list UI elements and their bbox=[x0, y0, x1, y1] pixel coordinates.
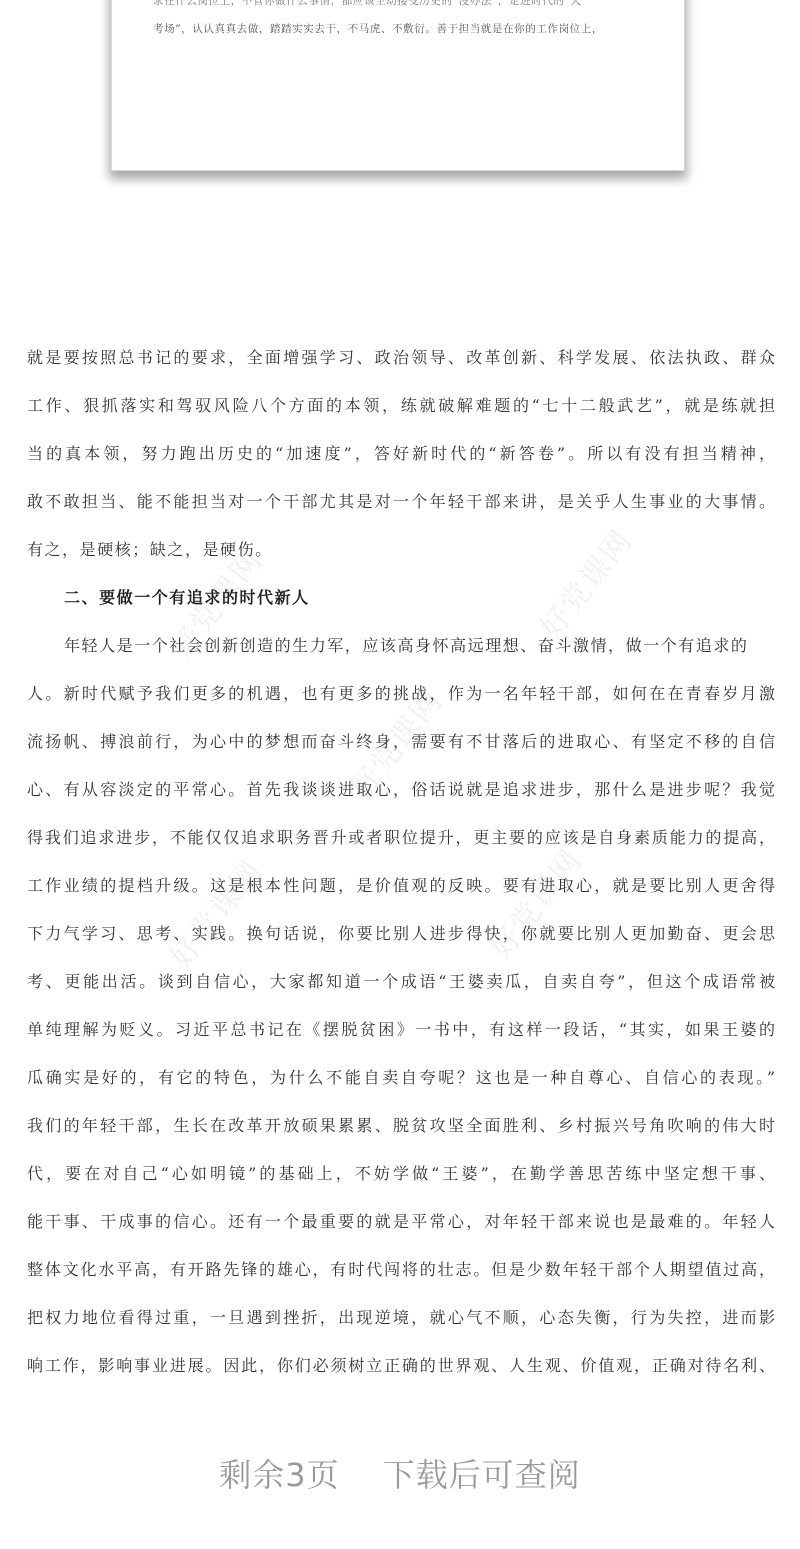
text-line: 流扬帆、搏浪前行，为心中的梦想而奋斗终身，需要有不甘落后的进取心、有坚定不移的自… bbox=[27, 724, 775, 772]
preview-line-partial: 求在什么岗位上，不管你做什么事情，都应该主动接受历史的“没办法”，走进时代的“大 bbox=[153, 0, 653, 8]
text-line: 人。新时代赋予我们更多的机遇，也有更多的挑战，作为一名年轻干部，如何在在青春岁月… bbox=[27, 676, 775, 724]
document-body: 就是要按照总书记的要求，全面增强学习、政治领导、改革创新、科学发展、依法执政、群… bbox=[27, 340, 775, 1396]
text-line: 代，要在对自己“心如明镜”的基础上，不妨学做“王婆”，在勤学善思苦练中坚定想干事… bbox=[27, 1156, 775, 1204]
text-line: 有之，是硬核；缺之，是硬伤。 bbox=[27, 532, 775, 580]
text-line: 工作业绩的提档升级。这是根本性问题，是价值观的反映。要有进取心，就是要比别人更舍… bbox=[27, 868, 775, 916]
page-preview-card: 求在什么岗位上，不管你做什么事情，都应该主动接受历史的“没办法”，走进时代的“大… bbox=[111, 0, 685, 171]
text-line: 年轻人是一个社会创新创造的生力军，应该高身怀高远理想、奋斗激情，做一个有追求的 bbox=[27, 628, 775, 676]
text-line: 能干事、干成事的信心。还有一个最重要的就是平常心，对年轻干部来说也是最难的。年轻… bbox=[27, 1204, 775, 1252]
download-hint-label: 下载后可查阅 bbox=[383, 1456, 581, 1494]
remaining-pages-label: 剩余3页 bbox=[219, 1456, 339, 1494]
text-line: 工作、狠抓落实和驾驭风险八个方面的本领，练就破解难题的“七十二般武艺”，就是练就… bbox=[27, 388, 775, 436]
preview-line: 考场”，认认真真去做，踏踏实实去干，不马虎、不敷衍。善于担当就是在你的工作岗位上… bbox=[153, 21, 653, 36]
section-heading: 二、要做一个有追求的时代新人 bbox=[27, 580, 775, 628]
text-line: 下力气学习、思考、实践。换句话说，你要比别人进步得快，你就要比别人更加勤奋、更会… bbox=[27, 916, 775, 964]
text-line: 心、有从容淡定的平常心。首先我谈谈进取心，俗话说就是追求进步，那什么是进步呢？我… bbox=[27, 772, 775, 820]
text-line: 考、更能出活。谈到自信心，大家都知道一个成语“王婆卖瓜，自卖自夸”，但这个成语常… bbox=[27, 964, 775, 1012]
text-line: 当的真本领，努力跑出历史的“加速度”，答好新时代的“新答卷”。所以有没有担当精神… bbox=[27, 436, 775, 484]
text-line: 得我们追求进步，不能仅仅追求职务晋升或者职位提升，更主要的应该是自身素质能力的提… bbox=[27, 820, 775, 868]
text-line: 整体文化水平高，有开路先锋的雄心，有时代闯将的壮志。但是少数年轻干部个人期望值过… bbox=[27, 1252, 775, 1300]
text-line: 就是要按照总书记的要求，全面增强学习、政治领导、改革创新、科学发展、依法执政、群… bbox=[27, 340, 775, 388]
text-line: 单纯理解为贬义。习近平总书记在《摆脱贫困》一书中，有这样一段话，“其实，如果王婆… bbox=[27, 1012, 775, 1060]
text-line: 我们的年轻干部，生长在改革开放硕果累累、脱贫攻坚全面胜利、乡村振兴号角吹响的伟大… bbox=[27, 1108, 775, 1156]
text-line: 响工作，影响事业进展。因此，你们必须树立正确的世界观、人生观、价值观，正确对待名… bbox=[27, 1348, 775, 1396]
download-prompt[interactable]: 剩余3页 下载后可查阅 bbox=[0, 1450, 800, 1496]
text-line: 把权力地位看得过重，一旦遇到挫折，出现逆境，就心气不顺，心态失衡，行为失控，进而… bbox=[27, 1300, 775, 1348]
text-line: 瓜确实是好的，有它的特色，为什么不能自卖自夸呢？这也是一种自尊心、自信心的表现。… bbox=[27, 1060, 775, 1108]
text-line: 敢不敢担当、能不能担当对一个干部尤其是对一个年轻干部来讲，是关乎人生事业的大事情… bbox=[27, 484, 775, 532]
